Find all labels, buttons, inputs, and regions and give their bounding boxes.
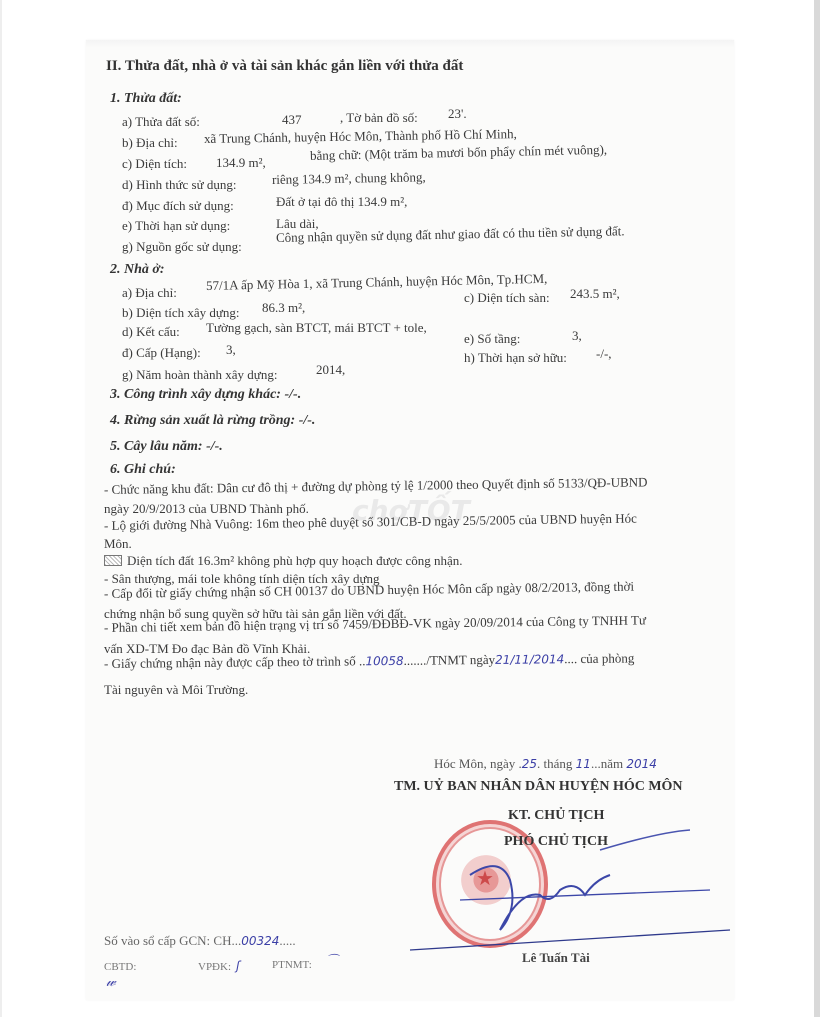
note-line-text: Diện tích đất 16.3m² không phù hợp quy h… [127, 553, 463, 568]
usage-form-label: d) Hình thức sử dụng: [122, 177, 236, 193]
scrollbar-track[interactable] [814, 0, 820, 1017]
ptnmt-initials: ⌒ [326, 952, 338, 968]
registry-entry-label: Số vào sổ cấp GCN: CH... [104, 933, 241, 948]
note-line-legend: Diện tích đất 16.3m² không phù hợp quy h… [104, 553, 463, 569]
grade-value: 3, [226, 342, 236, 358]
day: 25 [522, 757, 537, 771]
cbtd-label: CBTD: [104, 959, 136, 975]
usage-term-label: e) Thời hạn sử dụng: [122, 218, 230, 234]
land-parcel-value: 437 [282, 112, 302, 128]
map-sheet-value: 23'. [448, 106, 467, 122]
other-construction: 3. Công trình xây dựng khác: -/-. [110, 387, 301, 403]
vpdk-label: VPĐK: [198, 959, 231, 975]
year: 2014 [626, 757, 657, 771]
floor-area-value: 243.5 m², [570, 286, 620, 302]
ptnmt-label: PTNMT: [272, 957, 312, 973]
place-date-prefix: Hóc Môn, ngày . [434, 756, 522, 771]
usage-origin-label: g) Nguồn gốc sử dụng: [122, 239, 242, 255]
usage-form-value: riêng 134.9 m², chung không, [272, 169, 426, 188]
ownership-term-value: -/-, [596, 346, 612, 362]
issuance-line-2: Tài nguyên và Môi Trường. [104, 682, 248, 698]
note-line: Môn. [104, 536, 132, 552]
building-area-value: 86.3 m², [262, 300, 305, 316]
completion-year-value: 2014, [316, 362, 345, 378]
land-heading: 1. Thửa đất: [110, 91, 182, 107]
month: 11 [576, 757, 591, 771]
usage-purpose-value: Đất ở tại đô thị 134.9 m², [276, 194, 407, 210]
structure-label: d) Kết cấu: [122, 324, 180, 340]
vpdk-initials: ʃ [236, 958, 240, 974]
perennial-trees: 5. Cây lâu năm: -/-. [110, 439, 223, 455]
usage-purpose-label: đ) Mục đích sử dụng: [122, 198, 234, 214]
issuance-date: 21/11/2014 [495, 652, 564, 667]
completion-year-label: g) Năm hoàn thành xây dựng: [122, 367, 277, 383]
issuance-suffix: .... của phòng [564, 650, 634, 666]
grade-label: đ) Cấp (Hạng): [122, 345, 201, 361]
month-label: . tháng [537, 756, 572, 771]
screen-edge-left [0, 0, 2, 1017]
house-heading: 2. Nhà ở: [110, 262, 165, 278]
house-address-label: a) Địa chỉ: [122, 285, 177, 301]
ownership-term-label: h) Thời hạn sở hữu: [464, 350, 567, 366]
issuance-number: 10058 [365, 654, 403, 668]
registry-entry-value: 00324 [241, 934, 279, 948]
place-date: Hóc Môn, ngày .25. tháng 11...năm 2014 [434, 756, 657, 772]
building-area-label: b) Diện tích xây dựng: [122, 305, 240, 321]
structure-value: Tường gạch, sàn BTCT, mái BTCT + tole, [206, 320, 427, 336]
production-forest: 4. Rừng sản xuất là rừng trồng: -/-. [110, 413, 315, 429]
hatched-legend-icon [104, 555, 122, 566]
authority-title: TM. UỶ BAN NHÂN DÂN HUYỆN HÓC MÔN [394, 779, 683, 795]
signer-name: Lê Tuấn Tài [522, 950, 590, 966]
land-area-value: 134.9 m², [216, 155, 266, 171]
year-label: ...năm [591, 756, 623, 771]
notes-heading: 6. Ghi chú: [110, 462, 176, 478]
floors-label: e) Số tầng: [464, 331, 520, 347]
registry-entry: Số vào sổ cấp GCN: CH...00324..... [104, 933, 296, 949]
floors-value: 3, [572, 328, 582, 344]
land-area-label: c) Diện tích: [122, 156, 187, 172]
floor-area-label: c) Diện tích sàn: [464, 290, 550, 306]
cbtd-initials: 𝓌 [106, 974, 116, 990]
map-sheet-label: , Tờ bản đồ số: [340, 110, 418, 126]
issuance-mid: ......./TNMT ngày [404, 652, 496, 668]
registry-entry-suffix: ..... [279, 933, 295, 948]
land-parcel-label: a) Thửa đất số: [122, 114, 200, 130]
issuance-prefix: - Giấy chứng nhận này được cấp theo tờ t… [104, 653, 366, 671]
section-title: II. Thửa đất, nhà ở và tài sản khác gắn … [106, 58, 463, 74]
land-address-label: b) Địa chỉ: [122, 135, 178, 151]
